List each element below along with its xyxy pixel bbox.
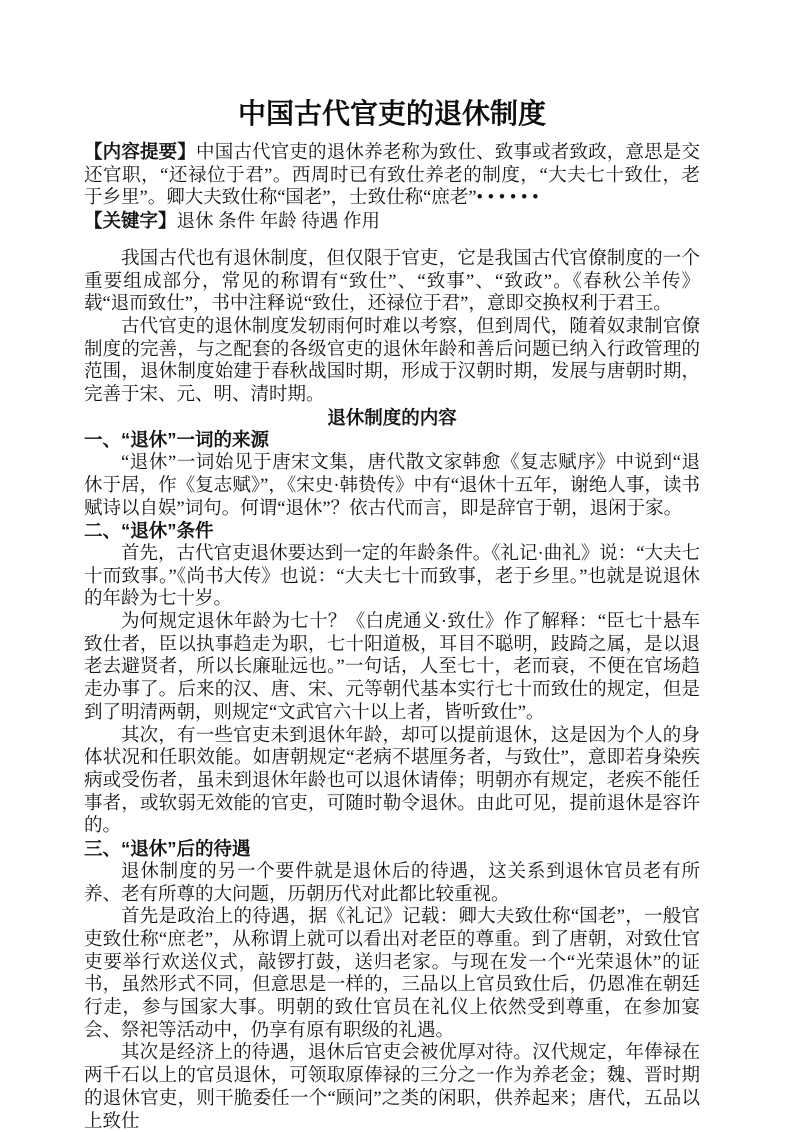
paragraph: 首先是政治上的待遇，据《礼记》记载：卿大夫致仕称“国老”，一般官吏致仕称“庶老”… <box>84 906 700 1042</box>
document-content: 中国古代官吏的退休制度【内容提要】中国古代官吏的退休养老称为致仕、致事或者致政，… <box>84 96 700 1132</box>
section-heading: 三、“退休”后的待遇 <box>84 838 700 861</box>
subtitle-heading: 退休制度的内容 <box>84 407 700 430</box>
section-heading: 二、“退休”条件 <box>84 520 700 543</box>
paragraph: “退休”一词始见于唐宋文集，唐代散文家韩愈《复志赋序》中说到“退休于居，作《复志… <box>84 452 700 520</box>
block-label: 【关键字】 <box>84 210 177 231</box>
labeled-paragraph: 【内容提要】中国古代官吏的退休养老称为致仕、致事或者致政，意思是交还官职，“还禄… <box>84 141 700 210</box>
block-label: 【内容提要】 <box>84 141 196 162</box>
paragraph: 其次，有一些官吏未到退休年龄，却可以提前退休，这是因为个人的身体状况和任职效能。… <box>84 725 700 839</box>
paragraph: 退休制度的另一个要件就是退休后的待遇，这关系到退休官员老有所养、老有所尊的大问题… <box>84 861 700 906</box>
paragraph: 为何规定退休年龄为七十？《白虎通义·致仕》作了解释：“臣七十悬车致仕者，臣以执事… <box>84 611 700 725</box>
document-title: 中国古代官吏的退休制度 <box>84 96 700 132</box>
paragraph: 首先，古代官吏退休要达到一定的年龄条件。《礼记·曲礼》说：“大夫七十而致事。”《… <box>84 543 700 611</box>
paragraph: 其次是经济上的待遇，退休后官吏会被优厚对待。汉代规定，年俸禄在两千石以上的官员退… <box>84 1042 700 1132</box>
section-heading: 一、“退休”一词的来源 <box>84 429 700 452</box>
paragraph: 我国古代也有退休制度，但仅限于官吏，它是我国古代官僚制度的一个重要组成部分，常见… <box>84 248 700 316</box>
paragraph: 古代官吏的退休制度发轫雨何时难以考察，但到周代，随着奴隶制官僚制度的完善，与之配… <box>84 316 700 407</box>
document-page: 中国古代官吏的退休制度【内容提要】中国古代官吏的退休养老称为致仕、致事或者致政，… <box>0 0 800 1132</box>
labeled-paragraph: 【关键字】退休 条件 年龄 待遇 作用 <box>84 210 700 234</box>
block-text: 退休 条件 年龄 待遇 作用 <box>177 212 381 232</box>
